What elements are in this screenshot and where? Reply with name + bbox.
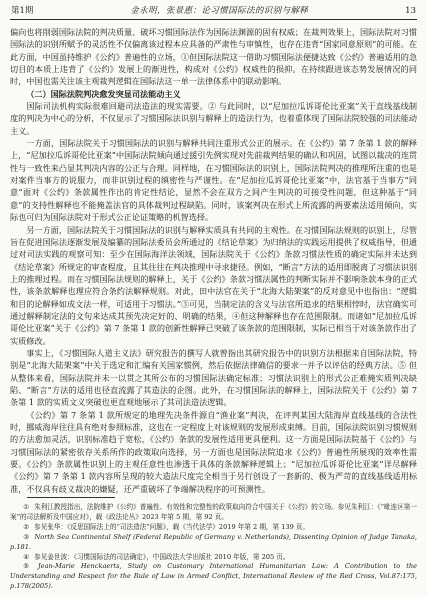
footnote-separator: [27, 497, 115, 498]
body-paragraph: 《公约》第 7 条第 1 款所规定的地理先决条件源自“渔业案”判决，在评判某国大…: [10, 409, 417, 495]
footnote-text: 朱利江教授指出，法院维护《公约》普遍性、有效性和完整性的政策取向符合中国关于《公…: [10, 503, 417, 521]
footnote-marker: ①: [23, 503, 29, 511]
footnote: ③North Sea Continental Shelf (Federal Re…: [10, 533, 417, 553]
body-paragraph-continuation: 偏向也将削弱国际法院的判决质量、破坏习惯国际法作为国际法渊源的固有权威；在裁判效…: [10, 26, 417, 88]
journal-issue-label: 第1期: [11, 6, 33, 17]
footnote-marker: ③: [23, 533, 29, 541]
footnote-text: 参见张华：《反思国际法上的“司法造法”问题》，载《当代法学》2019 年第 2 …: [34, 523, 309, 531]
body-paragraph: 国际司法机构实际很难回避司法造法的现实需要。② 与此同时，以“尼加拉瓜诉哥伦比亚…: [10, 100, 417, 137]
footnote-text: Jean-Marie Henckaerts, Study on Customar…: [10, 562, 417, 590]
article-body: 偏向也将削弱国际法院的判决质量、破坏习惯国际法作为国际法渊源的固有权威；在裁判效…: [10, 20, 417, 495]
footnote-marker: ④: [23, 553, 29, 561]
body-paragraph: 另一方面，国际法院关于习惯国际法的识别与解释实质具有共同的主观性。在习惯国际法规…: [10, 224, 417, 347]
running-title: 金永明，张景惠：论习惯国际法的识别与解释: [130, 6, 308, 17]
body-paragraph: 一方面，国际法院关于习惯国际法的识别与解释共同注重形式公正的展示。在《公约》第 …: [10, 137, 417, 223]
page-number: 13: [405, 6, 416, 17]
footnote-marker: ⑤: [23, 562, 33, 570]
page-header: 第1期 金永明，张景惠：论习惯国际法的识别与解释 13: [10, 5, 417, 17]
footnote: ⑤Jean-Marie Henckaerts, Study on Customa…: [10, 562, 417, 592]
footnote-text: 参见姜世波：《习惯国际法的司法确定》，中国政法大学出版社 2010 年版，第 2…: [34, 553, 289, 561]
footnote: ①朱利江教授指出，法院维护《公约》普遍性、有效性和完整性的政策取向符合中国关于《…: [10, 503, 417, 523]
footnote: ④参见姜世波：《习惯国际法的司法确定》，中国政法大学出版社 2010 年版，第 …: [10, 553, 417, 563]
footnote-text: North Sea Continental Shelf (Federal Rep…: [10, 533, 417, 551]
section-heading: （二）国际法院判决愈发突显司法能动主义: [10, 88, 417, 100]
body-paragraph: 事实上，《习惯国际人道主义法》研究报告的撰写人就曾指出其研究报告中的识别方法根据…: [10, 347, 417, 409]
footnote-marker: ②: [23, 523, 29, 531]
paper-page: 第1期 金永明，张景惠：论习惯国际法的识别与解释 13 偏向也将削弱国际法院的判…: [0, 0, 427, 597]
footnote: ②参见张华：《反思国际法上的“司法造法”问题》，载《当代法学》2019 年第 2…: [10, 523, 417, 533]
footnotes-section: ①朱利江教授指出，法院维护《公约》普遍性、有效性和完整性的政策取向符合中国关于《…: [10, 497, 417, 592]
